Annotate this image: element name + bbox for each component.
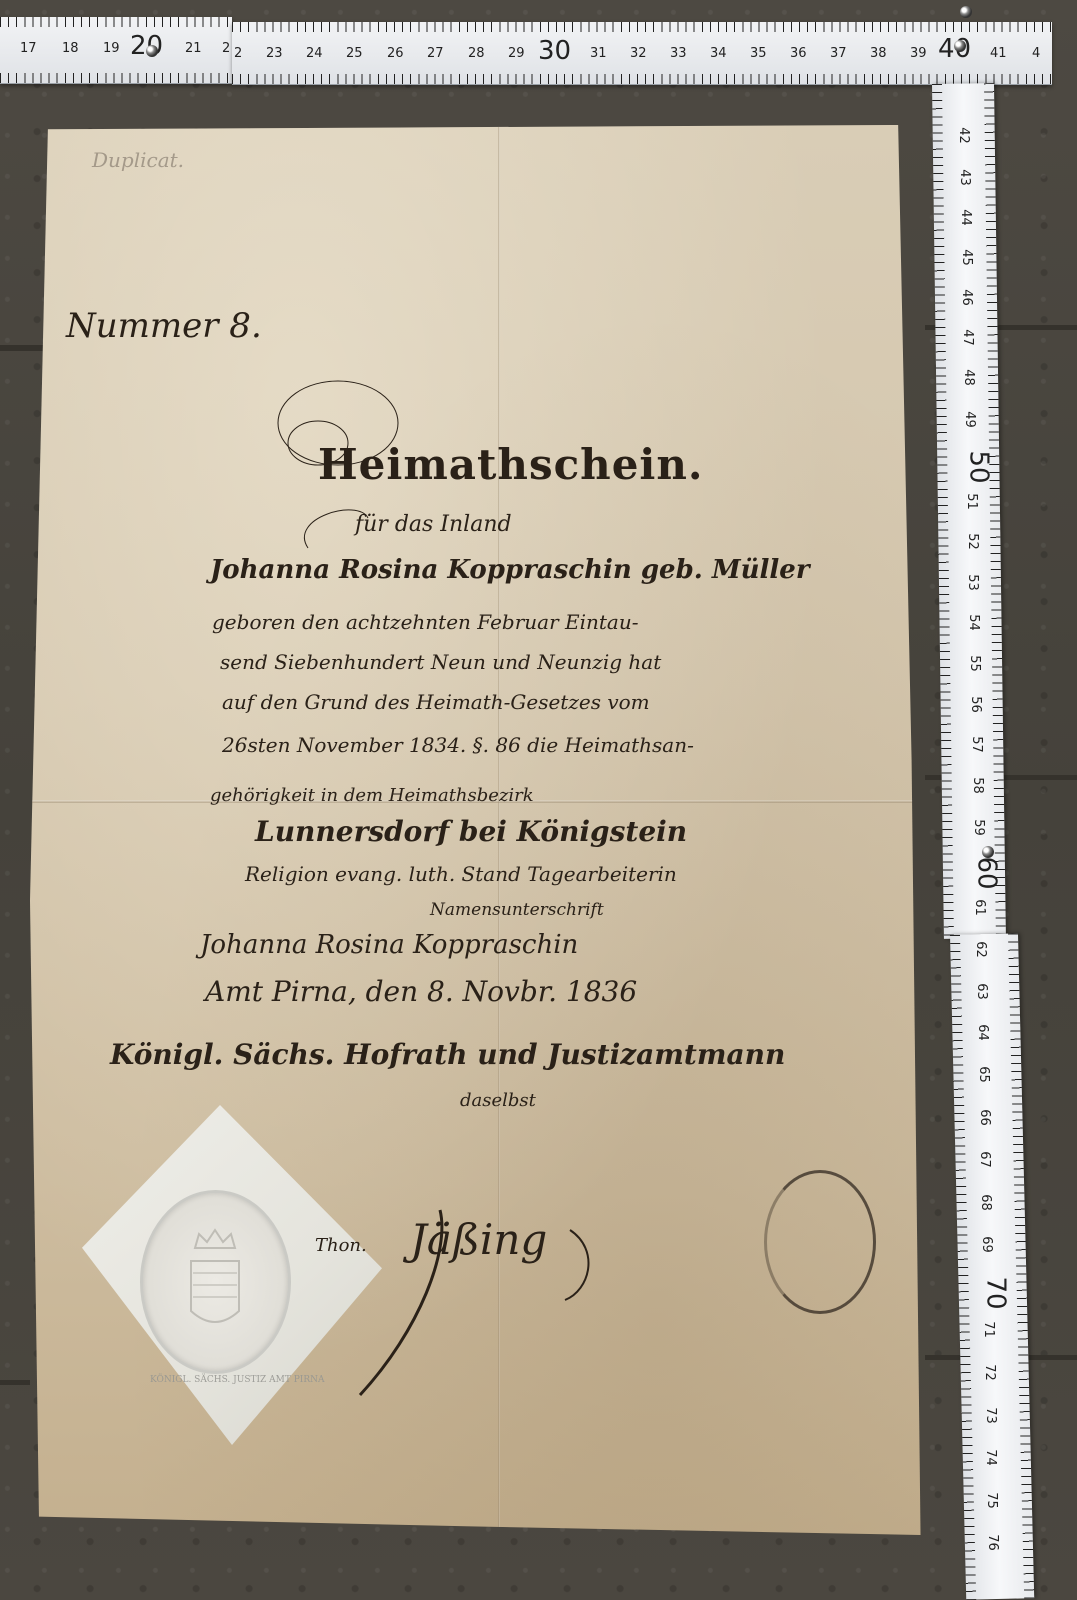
ruler-rivet-icon bbox=[146, 45, 158, 57]
ruler-number: 18 bbox=[62, 41, 79, 56]
issuing-office: Königl. Sächs. Hofrath und Justizamtmann bbox=[110, 1038, 785, 1071]
ruler-number: 51 bbox=[963, 493, 978, 510]
ruler-number: 65 bbox=[975, 1066, 990, 1083]
ruler-number: 54 bbox=[966, 614, 981, 631]
ruler-number: 31 bbox=[590, 46, 607, 61]
ruler-number: 56 bbox=[968, 696, 983, 713]
ruler-number: 59 bbox=[970, 819, 985, 836]
ruler-number: 53 bbox=[965, 574, 980, 591]
ruler-number: 60 bbox=[972, 856, 1002, 889]
duplicate-annotation: Duplicat. bbox=[92, 148, 184, 172]
floor-joint bbox=[0, 345, 45, 351]
ruler-number: 36 bbox=[790, 46, 807, 61]
ruler-top-right-segment: 2 23 24 25 26 27 28 29 30 31 32 33 34 35… bbox=[232, 22, 1052, 85]
signature-stroke-icon bbox=[340, 1190, 640, 1410]
ruler-number: 57 bbox=[969, 736, 984, 753]
ruler-number: 33 bbox=[670, 46, 687, 61]
ruler-number: 47 bbox=[960, 329, 975, 346]
home-district: Lunnersdorf bei Königstein bbox=[255, 815, 687, 848]
document-line: gehörigkeit in dem Heimathsbezirk bbox=[210, 785, 534, 806]
ruler-number: 63 bbox=[974, 983, 989, 1000]
ruler-number: 52 bbox=[964, 533, 979, 550]
ruler-number: 4 bbox=[1032, 46, 1040, 61]
ruler-number: 19 bbox=[103, 41, 120, 56]
ruler-number: 35 bbox=[750, 46, 767, 61]
document-line: send Siebenhundert Neun und Neunzig hat bbox=[220, 650, 661, 674]
ruler-number-major: 30 bbox=[538, 36, 571, 66]
document-line: 26sten November 1834. §. 86 die Heimaths… bbox=[222, 733, 694, 757]
place-date: Amt Pirna, den 8. Novbr. 1836 bbox=[205, 975, 637, 1008]
holder-signature: Johanna Rosina Koppraschin bbox=[200, 930, 578, 960]
ruler-number: 21 bbox=[185, 41, 202, 56]
document-subtitle: für das Inland bbox=[355, 512, 512, 537]
ruler-number: 39 bbox=[910, 46, 927, 61]
floor-joint bbox=[0, 1380, 30, 1385]
ruler-number: 68 bbox=[978, 1194, 993, 1211]
ruler-number: 66 bbox=[976, 1109, 991, 1126]
ruler-number: 37 bbox=[830, 46, 847, 61]
ruler-number: 32 bbox=[630, 46, 647, 61]
seal-inscription: KÖNIGL. SÄCHS. JUSTIZ AMT PIRNA bbox=[150, 1375, 325, 1385]
ruler-number: 43 bbox=[957, 169, 972, 186]
ruler-rivet-icon bbox=[982, 846, 994, 858]
ruler-number: 27 bbox=[427, 46, 444, 61]
ruler-number: 72 bbox=[981, 1364, 996, 1381]
ruler-number: 23 bbox=[266, 46, 283, 61]
ruler-number: 71 bbox=[981, 1321, 996, 1338]
signature-label: Namensunterschrift bbox=[430, 900, 604, 920]
ruler-number: 34 bbox=[710, 46, 727, 61]
issuing-office-sub: daselbst bbox=[460, 1090, 536, 1111]
ruler-top-left-segment: 17 18 19 20 21 2 bbox=[0, 17, 232, 84]
ruler-number: 75 bbox=[984, 1492, 999, 1509]
embossed-seal-icon bbox=[140, 1190, 291, 1374]
document-line: geboren den achtzehnten Februar Eintau- bbox=[212, 610, 638, 634]
ruler-number: 73 bbox=[982, 1407, 997, 1424]
ruler-number: 49 bbox=[962, 411, 977, 428]
ruler-number: 46 bbox=[959, 289, 974, 306]
ruler-number: 61 bbox=[972, 899, 987, 916]
ruler-number: 2 bbox=[234, 46, 242, 61]
ruler-rivet-icon bbox=[960, 6, 972, 18]
ruler-number: 28 bbox=[468, 46, 485, 61]
ruler-number: 2 bbox=[222, 41, 230, 56]
ruler-number: 17 bbox=[20, 41, 37, 56]
ruler-number: 67 bbox=[977, 1151, 992, 1168]
ruler-number: 55 bbox=[967, 655, 982, 672]
ink-stamp-icon bbox=[764, 1170, 876, 1314]
ruler-number: 29 bbox=[508, 46, 525, 61]
ruler-number: 26 bbox=[387, 46, 404, 61]
ruler-number: 62 bbox=[973, 941, 988, 958]
holder-name-line: Johanna Rosina Koppraschin geb. Müller bbox=[210, 555, 810, 585]
ruler-number: 41 bbox=[990, 46, 1007, 61]
ruler-number: 44 bbox=[957, 209, 972, 226]
document-title: Heimathschein. bbox=[318, 440, 704, 489]
religion-occupation-line: Religion evang. luth. Stand Tagearbeiter… bbox=[245, 862, 677, 886]
ruler-number: 76 bbox=[985, 1534, 1000, 1551]
ruler-rivet-icon bbox=[954, 40, 966, 52]
document-line: auf den Grund des Heimath-Gesetzes vom bbox=[222, 690, 650, 714]
document-number: Nummer 8. bbox=[66, 306, 262, 346]
ruler-number: 42 bbox=[956, 127, 971, 144]
ruler-number: 38 bbox=[870, 46, 887, 61]
ruler-number: 70 bbox=[981, 1276, 1011, 1309]
ruler-number: 74 bbox=[983, 1449, 998, 1466]
ruler-number: 45 bbox=[958, 249, 973, 266]
ruler-number: 24 bbox=[306, 46, 323, 61]
ruler-number: 69 bbox=[979, 1236, 994, 1253]
ruler-number: 25 bbox=[346, 46, 363, 61]
ruler-number: 58 bbox=[969, 777, 984, 794]
ruler-number: 64 bbox=[975, 1024, 990, 1041]
ruler-number: 48 bbox=[961, 369, 976, 386]
ruler-number: 50 bbox=[963, 450, 993, 483]
